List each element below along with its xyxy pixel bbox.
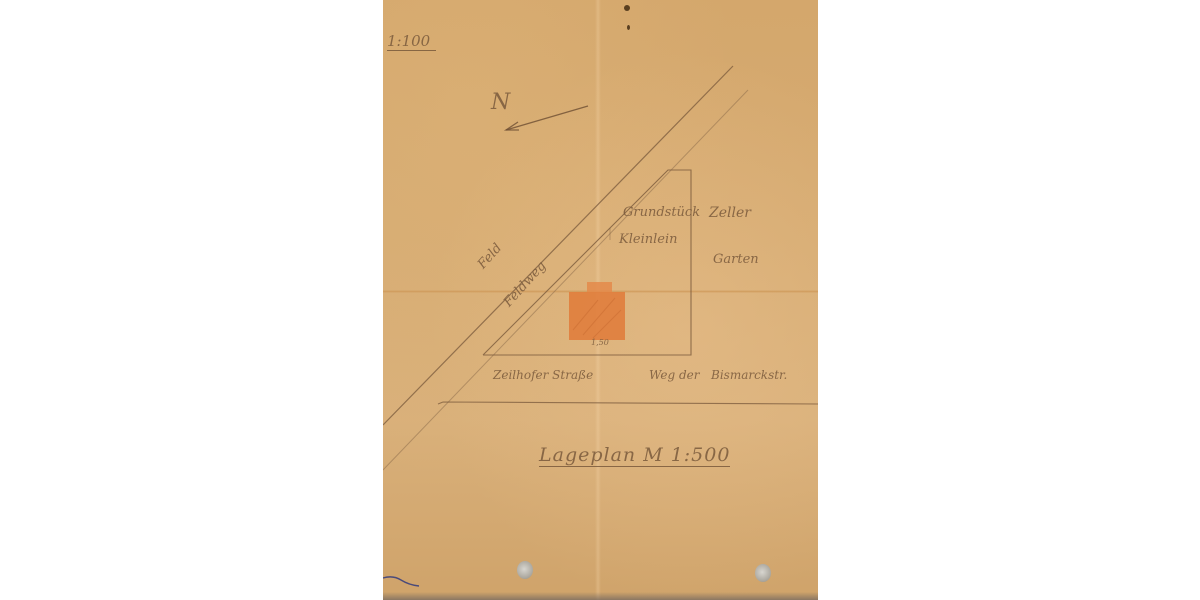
- scale-label: 1:100: [387, 32, 436, 51]
- paper-bottom-edge: [383, 592, 818, 600]
- neighbor-label: Grundstück: [623, 205, 700, 220]
- dimension-label: 1,50: [591, 338, 609, 347]
- ink-spot: [627, 25, 630, 30]
- ink-spot: [624, 5, 630, 11]
- north-arrow: [506, 106, 588, 130]
- street-label-part3: Bismarckstr.: [711, 368, 787, 382]
- owner-label: Zeller: [709, 205, 751, 221]
- diagonal-road-line-2: [383, 90, 748, 470]
- north-label: N: [491, 90, 510, 115]
- street-boundary-line: [438, 402, 818, 404]
- street-label-part2: Weg der: [649, 368, 699, 382]
- site-plan-drawing: [383, 0, 818, 600]
- neighbor-name-label: Kleinlein: [619, 232, 677, 247]
- garden-label: Garten: [713, 252, 759, 267]
- pen-mark: [383, 577, 419, 586]
- street-label: Zeilhofer Straße: [493, 368, 593, 382]
- plan-title: Lageplan M 1:500: [539, 444, 730, 467]
- punch-hole: [517, 561, 533, 579]
- building-annex: [587, 282, 612, 292]
- building-footprint: [569, 292, 625, 340]
- scanned-document-page: 1:100 N Grundstück Kleinlein Zeller Gart…: [383, 0, 818, 600]
- punch-hole: [755, 564, 771, 582]
